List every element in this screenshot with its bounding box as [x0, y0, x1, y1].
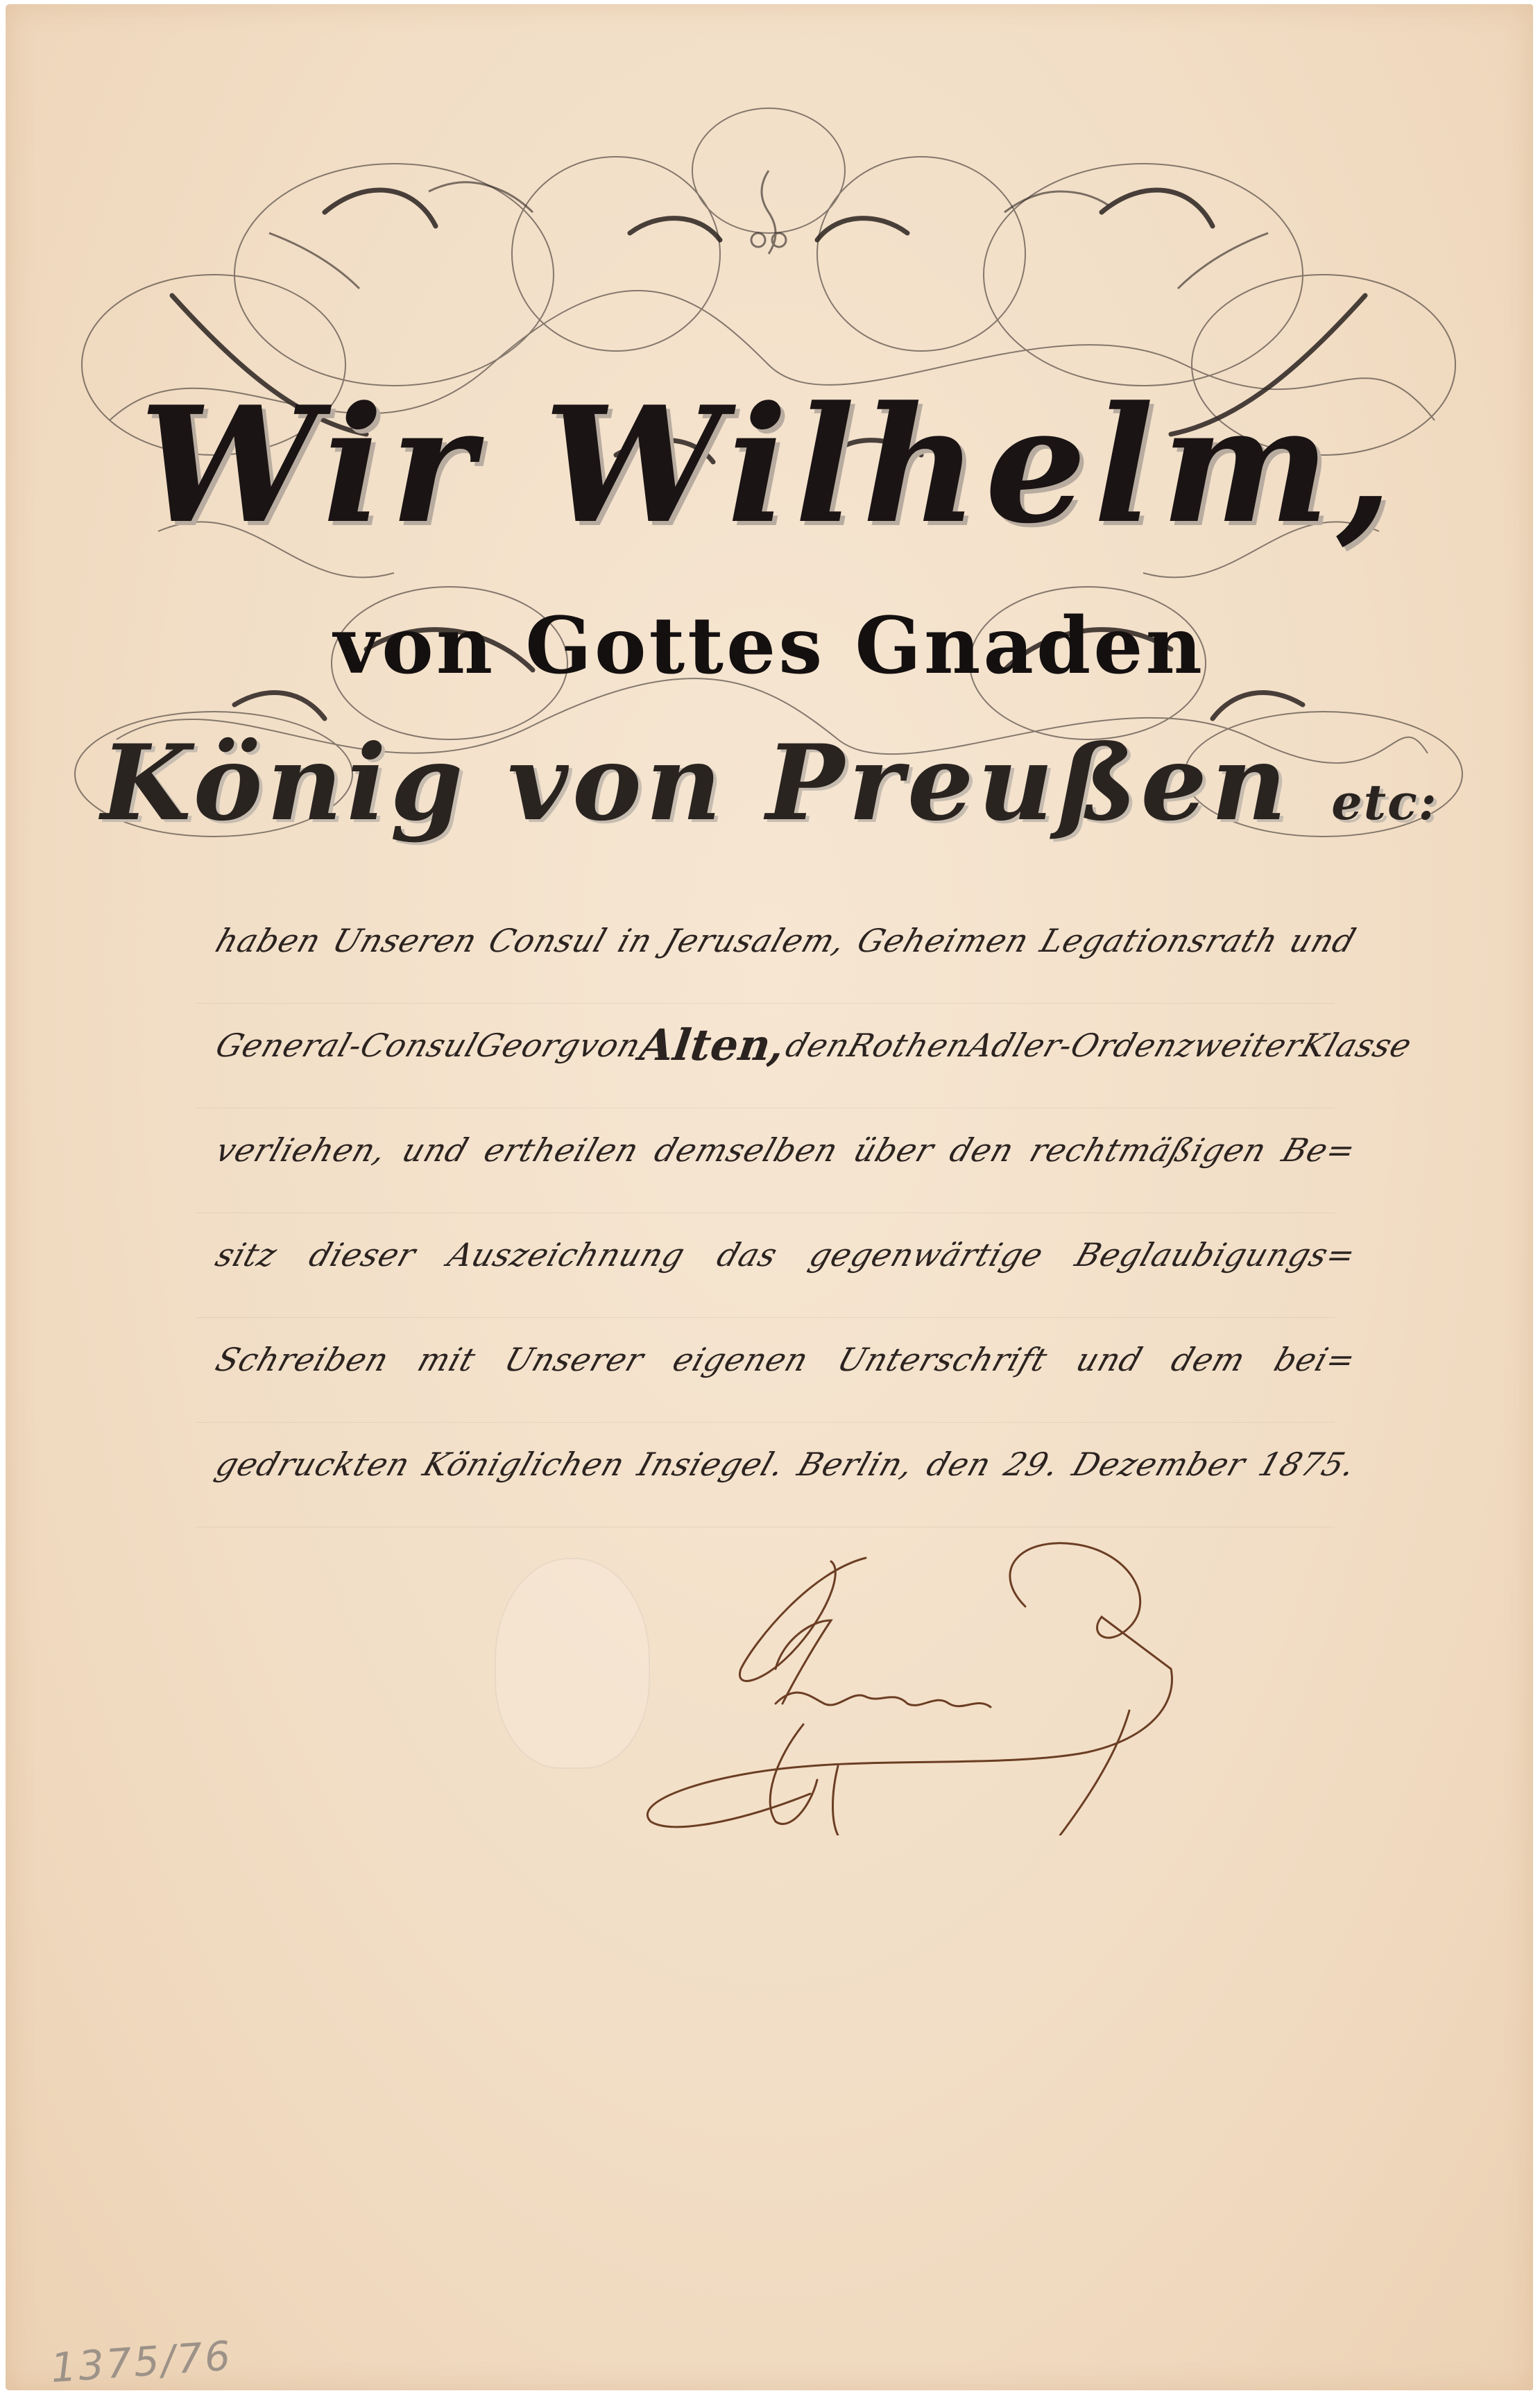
word: Geheimen	[839, 899, 1042, 1003]
body-line: Schreiben mit Unserer eigenen Unterschri…	[196, 1318, 1368, 1423]
heading-wir-wilhelm: Wir Wilhelm,	[6, 372, 1533, 559]
word: Unserer	[486, 1318, 656, 1422]
word: Jerusalem,	[645, 899, 858, 1003]
heading-koenig-main: König von Preußen	[101, 722, 1291, 844]
body-line: haben Unseren Consul in Jerusalem, Gehei…	[196, 899, 1368, 1004]
word: ertheilen	[465, 1108, 652, 1212]
word: gegenwärtige	[791, 1213, 1056, 1317]
pencil-archive-note: 1375/76	[49, 2332, 234, 2392]
word: über	[835, 1108, 947, 1212]
word: und	[1057, 1318, 1154, 1422]
word: mit	[399, 1318, 488, 1422]
word: Consul	[470, 899, 619, 1003]
word: demselben	[635, 1108, 850, 1212]
date-year: 1875.	[1240, 1423, 1368, 1527]
signature-name: Wilhelm	[824, 1620, 1170, 1717]
word: Adler-Orden	[949, 1004, 1190, 1108]
word: rechtmäßigen	[1011, 1108, 1279, 1212]
word: gedruckten	[197, 1423, 422, 1527]
word: dem	[1152, 1318, 1258, 1422]
heading-etc: etc:	[1331, 773, 1437, 831]
word: Be=	[1263, 1108, 1368, 1212]
word: den	[931, 1108, 1027, 1212]
word: das	[699, 1213, 790, 1317]
word: Insiegel.	[619, 1423, 797, 1527]
word: Schreiben	[197, 1318, 402, 1422]
certificate-body-text: haben Unseren Consul in Jerusalem, Gehei…	[214, 899, 1351, 1527]
word: eigenen	[654, 1318, 821, 1422]
word: den	[908, 1423, 1004, 1527]
word: bei=	[1256, 1318, 1369, 1422]
word: General-Consul	[197, 1004, 491, 1108]
word: und	[384, 1108, 481, 1212]
word: dieser	[291, 1213, 429, 1317]
heading-von-gottes-gnaden: von Gottes Gnaden	[6, 601, 1533, 692]
date-month: Dezember	[1054, 1423, 1258, 1527]
word: Auszeichnung	[429, 1213, 697, 1317]
body-line: General-Consul Georg von Alten, den Roth…	[196, 1004, 1368, 1108]
word: Beglaubigungs=	[1056, 1213, 1368, 1317]
word: Königlichen	[404, 1423, 638, 1527]
word: Unseren	[314, 899, 490, 1003]
word: sitz	[197, 1213, 290, 1317]
word: haben	[197, 899, 334, 1003]
word: Unterschrift	[819, 1318, 1060, 1422]
word: verliehen,	[197, 1108, 400, 1212]
place: Berlin,	[779, 1423, 926, 1527]
document-sheet: Wir Wilhelm, von Gottes Gnaden König von…	[6, 4, 1533, 2390]
body-line: sitz dieser Auszeichnung das gegenwärtig…	[196, 1213, 1368, 1318]
body-line: verliehen, und ertheilen demselben über …	[196, 1108, 1368, 1213]
heading-koenig-von-preussen: König von Preußen etc:	[6, 722, 1533, 844]
word: Legationsrath	[1022, 899, 1291, 1003]
body-line-place-date: gedruckten Königlichen Insiegel. Berlin,…	[196, 1423, 1368, 1527]
